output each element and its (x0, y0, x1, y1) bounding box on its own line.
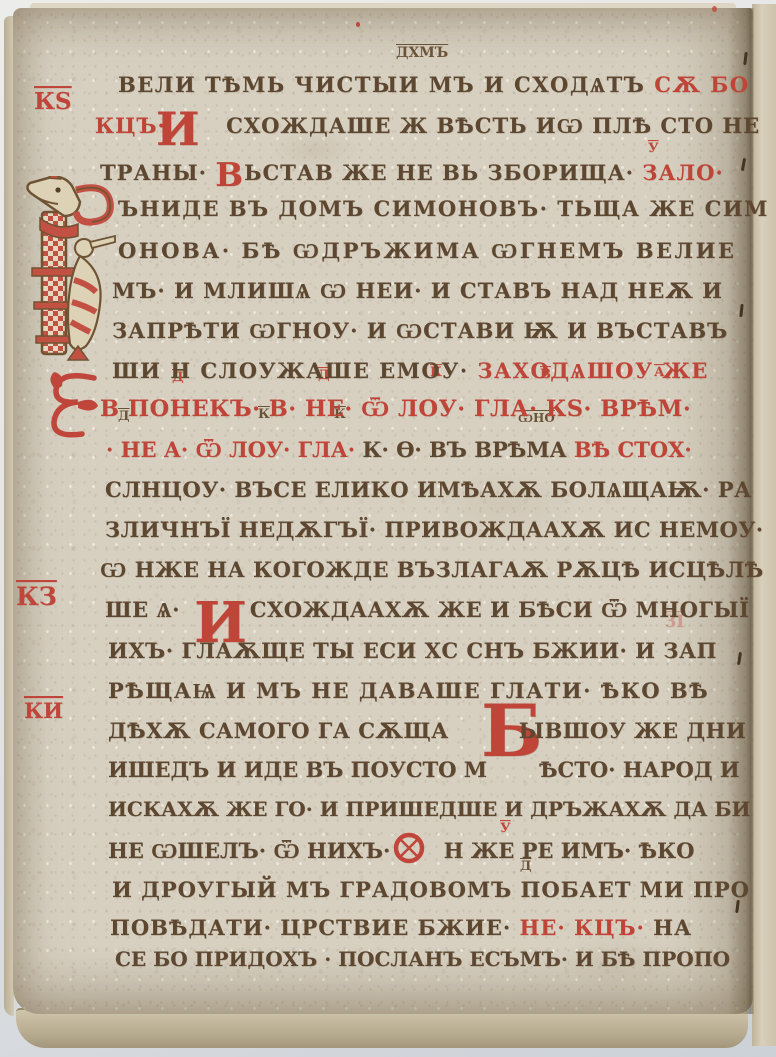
text-line: ДѢХѪ САМОГО ГА СѪЩАЫВШОУ ЖЕ ДНИ (108, 718, 746, 743)
text-line: СЕ БО ПРИДОХЪ · ПОСЛАНЪ ЕСЪМЪ· И БѢ ПРОП… (115, 947, 730, 971)
text-line: РѢЩАѨ И МЪ НЕ ДАВАШЕ ГЛАТИ· ѢКО ВѢ (108, 678, 709, 704)
interlinear-gloss: У (648, 142, 659, 155)
text-segment: СЕ БО ПРИДОХЪ · ПОСЛАНЪ ЕСЪМЪ· И БѢ ПРОП… (115, 947, 730, 971)
rubric-segment: НЕ· КЦЪ· (520, 915, 654, 940)
text-segment: ДѢХѪ САМОГО ГА СѪЩА (108, 718, 449, 743)
text-segment: ЪНИДЕ ВЪ ДОМЪ СИМОНОВЪ· ТЬЩА ЖЕ СИМ (118, 196, 769, 221)
text-segment: ЗАПРѢТИ ѠГНОУ· И ѠСТАВИ Ѭ И ВЪСТАВЪ (112, 318, 728, 343)
text-line: КЦЪ· СХОЖДАШЕ Ж ВѢСТЬ ИѠ ПЛѢ СТО НЕ (95, 113, 760, 139)
binding-gutter (728, 8, 754, 1014)
text-segment: ВЕЛИ ТѢМЬ ЧИСТЫИ МЪ И СХОДѦТЪ (118, 72, 654, 97)
text-segment: Н ЖЕ РЕ ИМЪ· ѢКО (444, 838, 695, 863)
rubric-flourish-ornament (48, 368, 100, 450)
rubric-segment: СѪ БО (654, 72, 749, 97)
red-ink-speck (356, 22, 360, 27)
text-line: ЗЛИЧНЪЇ НЕДѪГЪЇ· ПРИВОЖДААХѪ ИС НЕМОУ· (105, 517, 764, 542)
photograph-background: И И Б КЅ КЗ КИ ЗІ ДХМЪ У Д Д К В А Д К К… (0, 0, 776, 1057)
text-segment: ИСКАХѪ ЖЕ ГО· И ПРИШЕДШЕ И ДРЪЖАХѪ ДА БИ (108, 797, 750, 821)
stacked-page-edges-bottom (16, 1008, 748, 1048)
text-line: ВЕЛИ ТѢМЬ ЧИСТЫИ МЪ И СХОДѦТЪ СѪ БО (118, 72, 750, 98)
text-segment: К· Ѳ· ВЪ ВРѢМА (362, 437, 573, 462)
text-segment: Ѡ НЖЕ НА КОГОЖДЕ ВЪЗЛАГАѪ РѪЦѢ ИСЦѢЛѢ (100, 557, 764, 582)
rubric-segment: ЗАХОДѦШОУ ЖЕ (477, 358, 709, 383)
text-segment: СХОЖДАШЕ Ж ВѢСТЬ ИѠ ПЛѢ СТО НЕ (226, 113, 760, 138)
text-segment: ѢСТО· НАРОД И (539, 757, 740, 782)
rubric-line: В ПОНЕКЪ· В· НЕ· Ѿ ЛОУ· ГЛА· КЅ· ВРѢМ· (100, 396, 691, 422)
initial-V-line3: В (215, 155, 244, 194)
rubric-segment: ВѢ СТОХ· (574, 437, 692, 462)
margin-number: КЗ (16, 582, 57, 611)
rubric-segment: · НЕ А· Ѿ ЛОУ· ГЛА· (106, 437, 362, 462)
text-line: ШЕ Ѧ· СХОЖДААХѪ ЖЕ И БѢСИ Ѿ МНОГЫЇ (105, 597, 749, 623)
text-segment: ШИ Н СЛОУЖАШЕ ЕМОУ· (112, 358, 477, 383)
text-segment: СХОЖДААХѪ ЖЕ И БѢСИ Ѿ МНОГЫЇ (250, 597, 750, 622)
text-segment: РѢЩАѨ И МЪ НЕ ДАВАШЕ ГЛАТИ· ѢКО ВѢ (108, 678, 709, 703)
text-segment: И ДРОУГЫЙ МЪ ГРАДОВОМЪ ПОБАЕТ МИ ПРО (112, 877, 750, 902)
text-segment: ТРАНЫ· (100, 160, 215, 185)
text-line: ЗАПРѢТИ ѠГНОУ· И ѠСТАВИ Ѭ И ВЪСТАВЪ (112, 318, 728, 344)
text-line: ИСКАХѪ ЖЕ ГО· И ПРИШЕДШЕ И ДРЪЖАХѪ ДА БИ (108, 797, 750, 821)
text-line: И ДРОУГЫЙ МЪ ГРАДОВОМЪ ПОБАЕТ МИ ПРО (112, 877, 750, 902)
text-line: ШИ Н СЛОУЖАШЕ ЕМОУ· ЗАХОДѦШОУ ЖЕ (112, 358, 709, 384)
interlinear-gloss: У (500, 822, 511, 835)
red-ink-speck (712, 6, 717, 12)
text-segment: ПОВѢДАТИ· ЦРСТВИЕ БЖИЕ· (110, 915, 520, 940)
text-line: ИХЪ· ГЛАѪЩЕ ТЫ ЕСИ ХС СНЪ БЖИИ· И ЗАП (108, 638, 717, 663)
text-line: ТРАНЫ· ВЬСТАВ ЖЕ НЕ ВЬ ЗБОРИЩА· ЗАЛО· (100, 155, 724, 194)
margin-number: КИ (24, 698, 63, 723)
text-segment: МЪ· И МЛИШѦ Ѡ НЕИ· И СТАВЪ НАД НЕѪ И (112, 278, 723, 303)
rubric-segment: В ПОНЕКЪ· В· НЕ· Ѿ ЛОУ· ГЛА· КЅ· ВРѢМ· (100, 396, 691, 422)
text-line: НЕ ѠШЕЛЪ· Ѿ НИХЪ· Н ЖЕ РЕ ИМЪ· ѢКО (108, 838, 694, 864)
text-segment: НЕ ѠШЕЛЪ· Ѿ НИХЪ· (108, 838, 398, 863)
text-segment: ИШЕДЪ И ИДЕ ВЪ ПОУСТО М (108, 757, 487, 782)
text-segment: НА (653, 915, 692, 940)
text-line: · НЕ А· Ѿ ЛОУ· ГЛА· К· Ѳ· ВЪ ВРѢМА ВѢ СТ… (106, 437, 692, 463)
text-line: ИШЕДЪ И ИДЕ ВЪ ПОУСТО МѢСТО· НАРОД И (108, 757, 740, 782)
zoomorphic-initial-illustration (18, 176, 118, 368)
text-line: ЪНИДЕ ВЪ ДОМЪ СИМОНОВЪ· ТЬЩА ЖЕ СИМ (118, 196, 769, 221)
text-line: МЪ· И МЛИШѦ Ѡ НЕИ· И СТАВЪ НАД НЕѪ И (112, 278, 723, 304)
text-line: ОНОВА· БѢ ѠДРЪЖИМА ѠГНЕМЪ ВЕЛИЕ (118, 238, 736, 264)
text-segment: ЬСТАВ ЖЕ НЕ ВЬ ЗБОРИЩА· (244, 160, 642, 185)
text-segment: ШЕ Ѧ· (105, 597, 188, 622)
text-segment: ОНОВА· БѢ ѠДРЪЖИМА ѠГНЕМЪ ВЕЛИЕ (118, 238, 736, 263)
text-line: ПОВѢДАТИ· ЦРСТВИЕ БЖИЕ· НЕ· КЦЪ· НА (110, 915, 692, 940)
text-segment: ЗЛИЧНЪЇ НЕДѪГЪЇ· ПРИВОЖДААХѪ ИС НЕМОУ· (105, 517, 764, 542)
text-segment: СЛНЦОУ· ВЪСЕ ЕЛИКО ИМѢАХѪ БОЛѦЩАѬ· РА (105, 477, 752, 502)
rubric-segment: ЗАЛО· (642, 160, 723, 185)
text-segment: ЫВШОУ ЖЕ ДНИ (519, 718, 746, 743)
margin-number: КЅ (34, 88, 72, 115)
text-line: Ѡ НЖЕ НА КОГОЖДЕ ВЪЗЛАГАѪ РѪЦѢ ИСЦѢЛѢ (100, 557, 764, 583)
rubric-segment: КЦЪ· (95, 113, 174, 138)
text-line: СЛНЦОУ· ВЪСЕ ЕЛИКО ИМѢАХѪ БОЛѦЩАѬ· РА (105, 477, 752, 503)
interlinear-gloss: ДХМЪ (396, 46, 448, 60)
text-segment: ИХЪ· ГЛАѪЩЕ ТЫ ЕСИ ХС СНЪ БЖИИ· И ЗАП (108, 638, 717, 663)
